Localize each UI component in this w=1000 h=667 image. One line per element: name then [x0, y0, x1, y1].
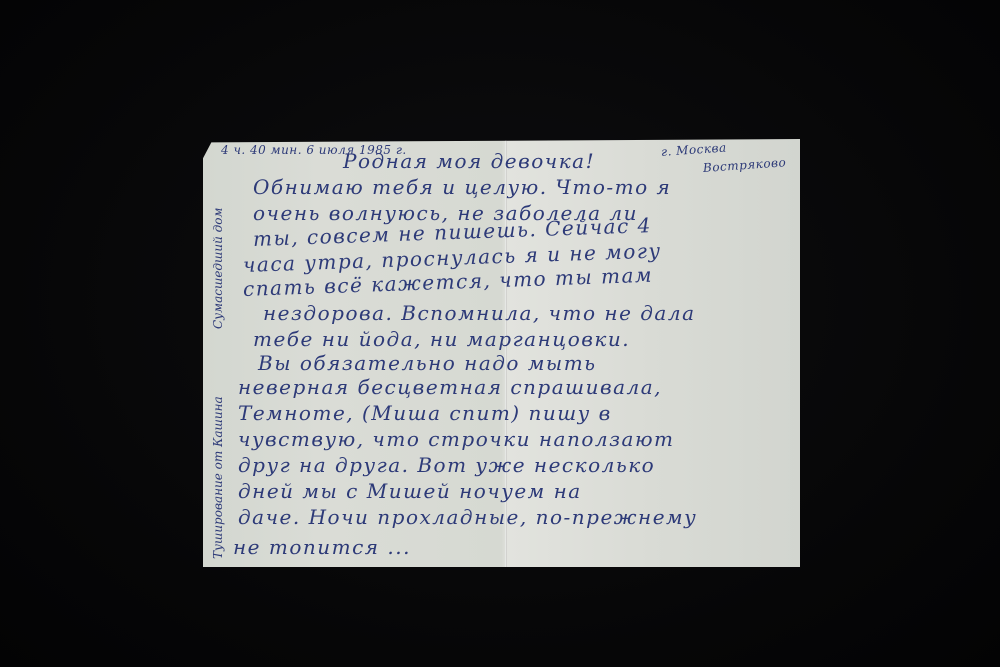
letter-place-sub: Востряково	[703, 155, 787, 175]
letter-line: Обнимаю тебя и целую. Что-то я	[253, 175, 671, 199]
letter-paper: 4 ч. 40 мин. 6 июля 1985 г. г. Москва Во…	[203, 139, 800, 567]
letter-line: Вы обязательно надо мыть	[258, 351, 597, 375]
photo-background: 4 ч. 40 мин. 6 июля 1985 г. г. Москва Во…	[0, 0, 1000, 667]
margin-note-bottom: Туширование от Кашина	[211, 396, 225, 559]
letter-line: не топится ...	[233, 535, 411, 559]
letter-line: чувствую, что строчки наползают	[238, 427, 675, 451]
letter-line: друг на друга. Вот уже несколько	[238, 453, 655, 477]
letter-line: Родная моя девочка!	[343, 149, 595, 173]
letter-line: неверная бесцветная спрашивала,	[238, 375, 662, 399]
letter-line: нездорова. Вспомнила, что не дала	[263, 301, 696, 325]
letter-line: дней мы с Мишей ночуем на	[238, 479, 582, 503]
margin-note-top: Сумасшедший дом	[211, 208, 225, 329]
letter-place: г. Москва	[661, 140, 728, 159]
letter-line: даче. Ночи прохладные, по-прежнему	[238, 505, 697, 529]
letter-line: тебе ни йода, ни марганцовки.	[253, 327, 630, 351]
letter-line: Темноте, (Миша спит) пишу в	[238, 401, 612, 425]
